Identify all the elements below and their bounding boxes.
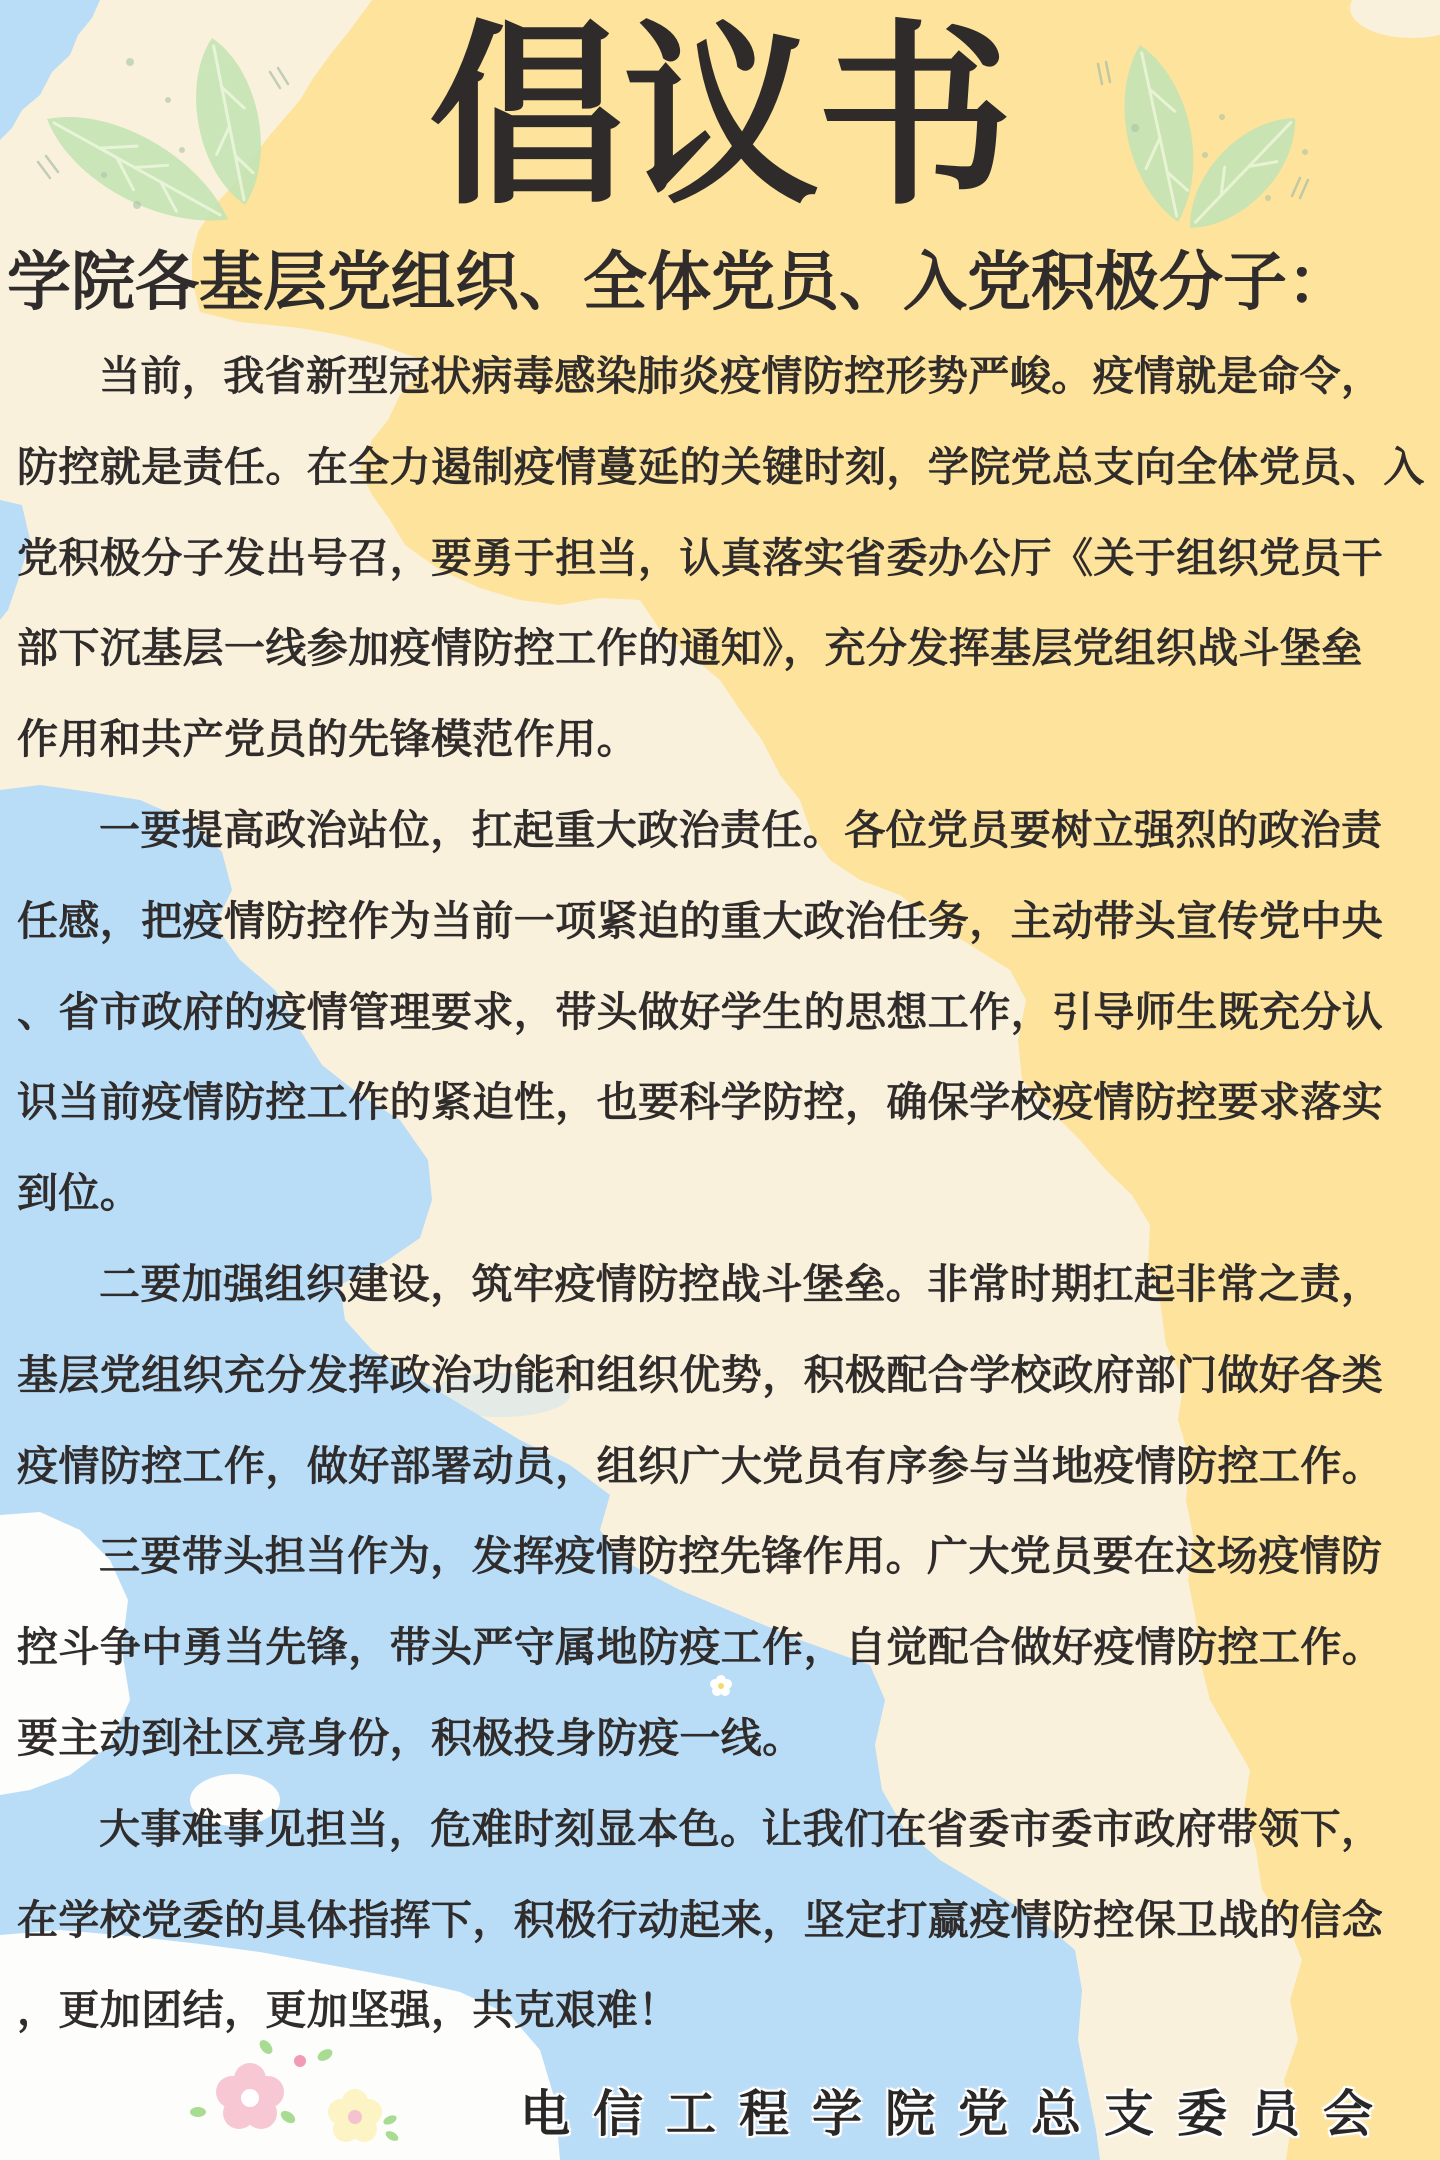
paragraph-3: 二要加强组织建设，筑牢疫情防控战斗堡垒。非常时期扛起非常之责， 基层党组织充分发…	[17, 1239, 1437, 1511]
pink-dot	[294, 2055, 306, 2067]
body-line: 识当前疫情防控工作的紧迫性，也要科学防控，确保学校疫情防控要求落实	[17, 1057, 1437, 1148]
body-line: 基层党组织充分发挥政治功能和组织优势，积极配合学校政府部门做好各类	[17, 1330, 1437, 1421]
body-line: 、省市政府的疫情管理要求，带头做好学生的思想工作，引导师生既充分认	[17, 967, 1437, 1058]
paragraph-4: 三要带头担当作为，发挥疫情防控先锋作用。广大党员要在这场疫情防 控斗争中勇当先锋…	[17, 1511, 1437, 1783]
body-line: 任感，把疫情防控作为当前一项紧迫的重大政治任务，主动带头宣传党中央	[17, 876, 1437, 967]
body-line: 当前，我省新型冠状病毒感染肺炎疫情防控形势严峻。疫情就是命令，	[17, 331, 1437, 422]
body-line: 防控就是责任。在全力遏制疫情蔓延的关键时刻，学院党总支向全体党员、入	[17, 422, 1437, 513]
body-line: 一要提高政治站位，扛起重大政治责任。各位党员要树立强烈的政治责	[17, 785, 1437, 876]
body-line: 在学校党委的具体指挥下，积极行动起来，坚定打赢疫情防控保卫战的信念	[17, 1875, 1437, 1966]
body-line: 二要加强组织建设，筑牢疫情防控战斗堡垒。非常时期扛起非常之责，	[17, 1239, 1437, 1330]
letter-body: 当前，我省新型冠状病毒感染肺炎疫情防控形势严峻。疫情就是命令， 防控就是责任。在…	[17, 331, 1437, 2056]
paragraph-5: 大事难事见担当，危难时刻显本色。让我们在省委市委市政府带领下， 在学校党委的具体…	[17, 1784, 1437, 2056]
body-line: 要主动到社区亮身份，积极投身防疫一线。	[17, 1693, 1437, 1784]
body-line: 控斗争中勇当先锋，带头严守属地防疫工作，自觉配合做好疫情防控工作。	[17, 1602, 1437, 1693]
paragraph-1: 当前，我省新型冠状病毒感染肺炎疫情防控形势严峻。疫情就是命令， 防控就是责任。在…	[17, 331, 1437, 785]
flower-center	[241, 2089, 259, 2107]
body-line: 疫情防控工作，做好部署动员，组织广大党员有序参与当地疫情防控工作。	[17, 1421, 1437, 1512]
flower-center	[348, 2110, 362, 2124]
body-line: 到位。	[17, 1148, 1437, 1239]
page-title: 倡议书	[0, 20, 1440, 216]
paragraph-2: 一要提高政治站位，扛起重大政治责任。各位党员要树立强烈的政治责 任感，把疫情防控…	[17, 785, 1437, 1239]
body-line: 作用和共产党员的先锋模范作用。	[17, 694, 1437, 785]
body-line: 部下沉基层一线参加疫情防控工作的通知》，充分发挥基层党组织战斗堡垒	[17, 603, 1437, 694]
signature: 电信工程学院党总支委员会	[520, 2084, 1396, 2144]
body-line: 三要带头担当作为，发挥疫情防控先锋作用。广大党员要在这场疫情防	[17, 1511, 1437, 1602]
salutation: 学院各基层党组织、全体党员、入党积极分子：	[7, 243, 1351, 323]
body-line: 大事难事见担当，危难时刻显本色。让我们在省委市委市政府带领下，	[17, 1784, 1437, 1875]
leaflet	[190, 2107, 206, 2117]
body-line: 党积极分子发出号召，要勇于担当，认真落实省委办公厅《关于组织党员干	[17, 513, 1437, 604]
body-line: ，更加团结，更加坚强，共克艰难！	[17, 1965, 1437, 2056]
